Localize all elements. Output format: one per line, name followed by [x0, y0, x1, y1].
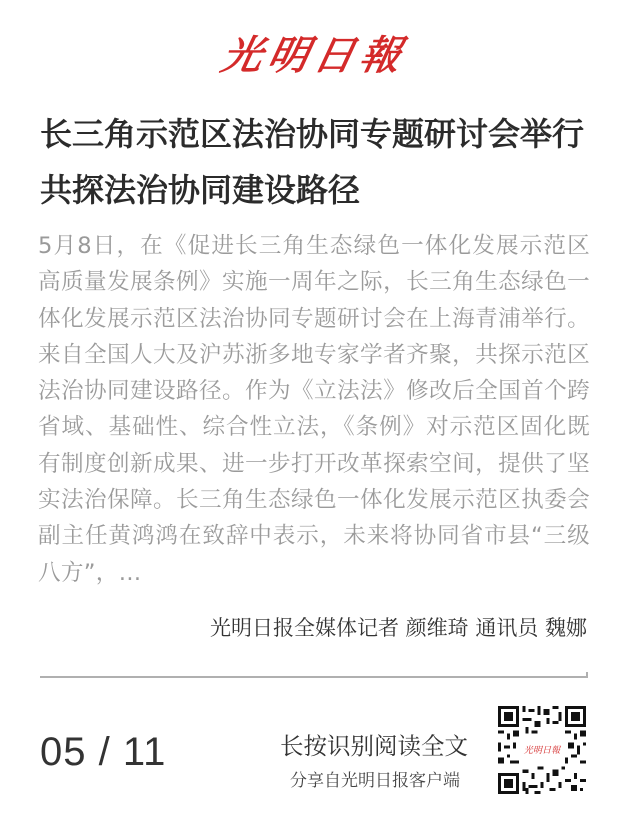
article-headline: 长三角示范区法治协同专题研讨会举行 共探法治协同建设路径: [40, 106, 600, 218]
qr-code-icon[interactable]: 光明日報: [498, 705, 586, 795]
divider: [40, 676, 588, 678]
article-summary: 5月8日，在《促进长三角生态绿色一体化发展示范区高质量发展条例》实施一周年之际，…: [38, 228, 590, 591]
article-byline: 光明日报全媒体记者 颜维琦 通讯员 魏娜: [210, 612, 587, 642]
shared-from-app-label: 分享自光明日报客户端: [290, 766, 460, 791]
guangming-daily-logo: 光明日報: [217, 24, 413, 81]
qr-center-logo: 光明日報: [524, 745, 561, 756]
divider-tick: [586, 672, 588, 677]
masthead: 光明日報: [0, 22, 630, 82]
page-counter: 05 / 11: [40, 730, 166, 775]
long-press-read-full-text: 长按识别阅读全文: [280, 727, 468, 761]
